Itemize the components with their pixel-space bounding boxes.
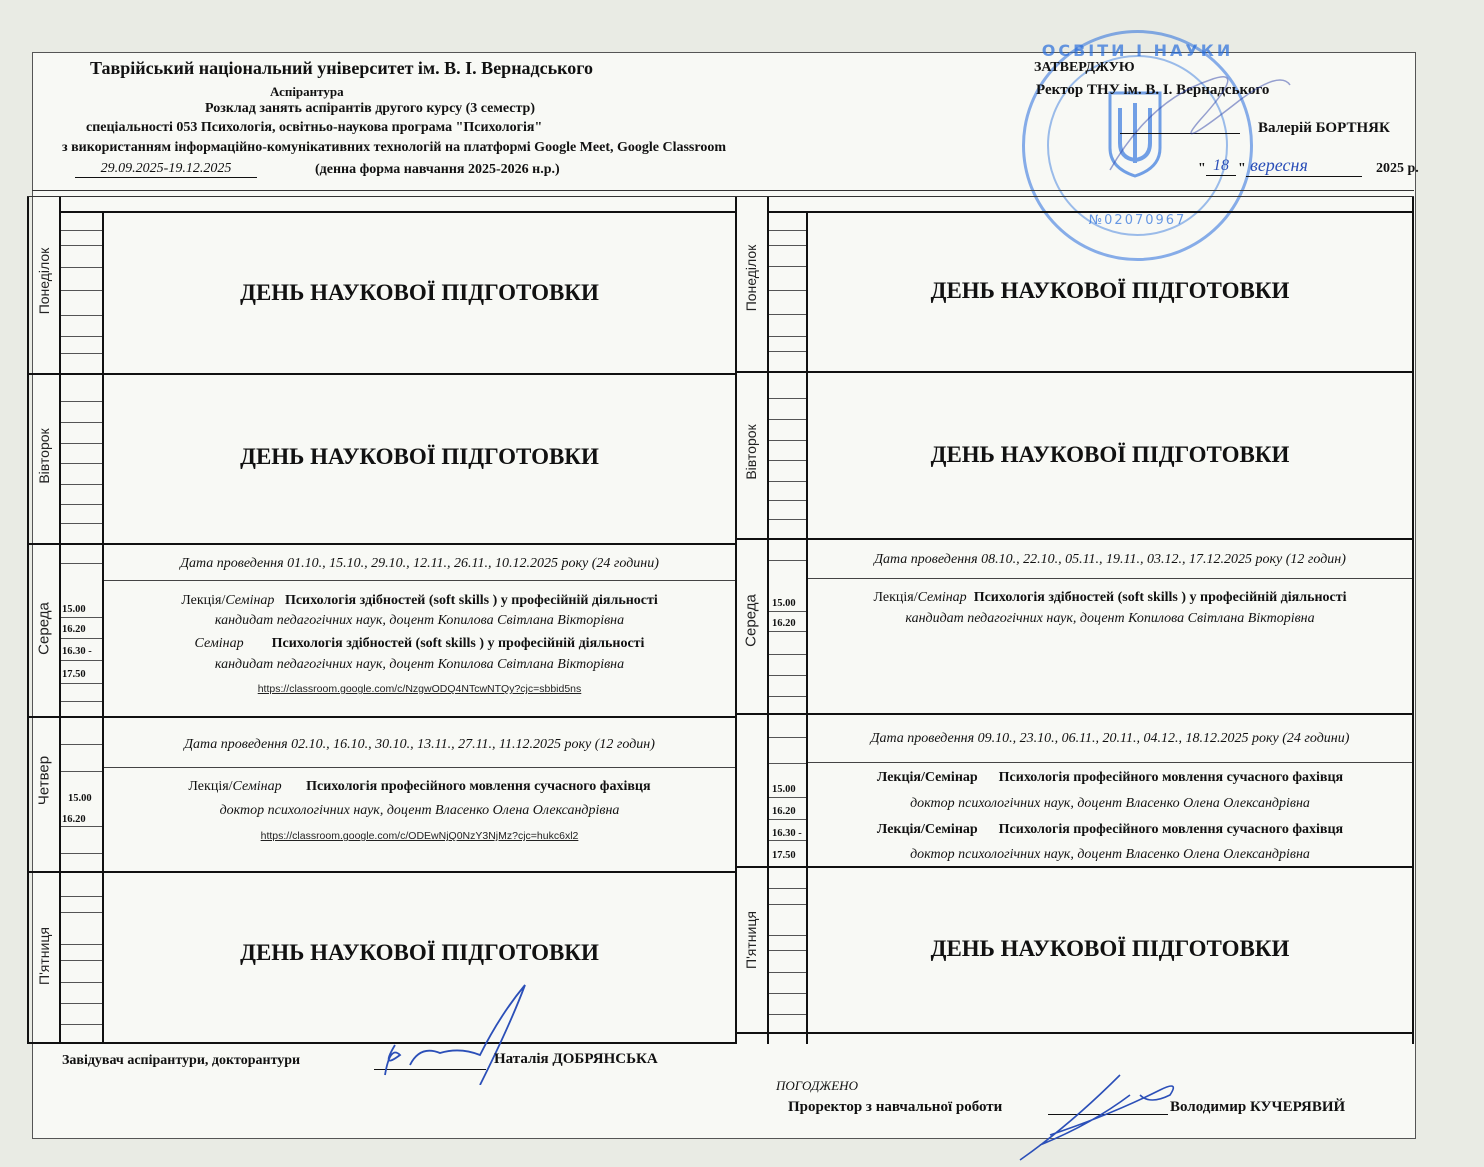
subject-name: Психологія здібностей (soft skills ) у п… xyxy=(272,636,645,651)
class-entry: Семінар Психологія здібностей (soft skil… xyxy=(104,636,735,652)
time-start: 16.30 - xyxy=(62,646,92,657)
day-label-thursday: Четвер xyxy=(36,731,53,831)
head-of-postgraduate-label: Завідувач аспірантури, докторантури xyxy=(62,1053,300,1069)
class-type: Семінар xyxy=(225,593,274,608)
day-label-monday: Понеділок xyxy=(743,228,759,328)
class-type: Лекція/Семінар xyxy=(877,822,978,837)
class-type: Семінар xyxy=(233,779,282,794)
stamp-number: №02070967 xyxy=(1025,213,1250,228)
specialty: спеціальності 053 Психологія, освітньо-н… xyxy=(86,120,542,136)
day-label-tuesday: Вівторок xyxy=(743,402,759,502)
schedule-title: Розклад занять аспірантів другого курсу … xyxy=(205,101,535,117)
day-label-wednesday: Середа xyxy=(36,579,53,679)
teacher-name: доктор психологічних наук, доцент Власен… xyxy=(104,803,735,819)
time-start: 15.00 xyxy=(68,793,92,804)
time-start: 15.00 xyxy=(62,604,86,615)
class-entry: Лекція/Семінар Психологія здібностей (so… xyxy=(808,590,1412,606)
time-end: 17.50 xyxy=(772,850,796,861)
time-end: 16.20 xyxy=(772,806,796,817)
class-type: Лекція/Семінар xyxy=(877,770,978,785)
approval-month: вересня xyxy=(1246,155,1362,177)
science-day-monday-left: ДЕНЬ НАУКОВОЇ ПІДГОТОВКИ xyxy=(104,280,735,306)
subject-name: Психологія професійного мовлення сучасно… xyxy=(999,822,1343,837)
class-dates: Дата проведення 09.10., 23.10., 06.11., … xyxy=(808,731,1412,747)
period: 29.09.2025-19.12.2025 xyxy=(75,161,257,178)
time-start: 15.00 xyxy=(772,598,796,609)
time-end: 17.50 xyxy=(62,669,86,680)
department: Аспірантура xyxy=(270,84,344,100)
science-day-friday-left: ДЕНЬ НАУКОВОЇ ПІДГОТОВКИ xyxy=(104,940,735,966)
time-end: 16.20 xyxy=(772,618,796,629)
agreed-label: ПОГОДЖЕНО xyxy=(776,1078,858,1094)
university-name: Таврійський національний університет ім.… xyxy=(90,58,593,79)
time-end: 16.20 xyxy=(62,624,86,635)
subject-name: Психологія здібностей (soft skills ) у п… xyxy=(974,590,1347,605)
classroom-link[interactable]: https://classroom.google.com/c/NzgwODQ4N… xyxy=(258,683,582,695)
science-day-tuesday-right: ДЕНЬ НАУКОВОЇ ПІДГОТОВКИ xyxy=(808,442,1412,468)
class-entry: Лекція/Семінар Психологія професійного м… xyxy=(808,770,1412,786)
teacher-name: кандидат педагогічних наук, доцент Копил… xyxy=(104,613,735,629)
day-label-friday: П'ятниця xyxy=(36,906,52,1006)
science-day-monday-right: ДЕНЬ НАУКОВОЇ ПІДГОТОВКИ xyxy=(808,278,1412,304)
time-start: 15.00 xyxy=(772,784,796,795)
vice-rector-name: Володимир КУЧЕРЯВИЙ xyxy=(1170,1099,1345,1116)
approval-day: 18 xyxy=(1206,157,1236,176)
classroom-link[interactable]: https://classroom.google.com/c/ODEwNjQ0N… xyxy=(261,830,579,842)
class-type: Лекція/ xyxy=(873,590,917,605)
science-day-friday-right: ДЕНЬ НАУКОВОЇ ПІДГОТОВКИ xyxy=(808,936,1412,962)
study-form: (денна форма навчання 2025-2026 н.р.) xyxy=(315,162,560,178)
time-start: 16.30 - xyxy=(772,828,802,839)
class-type: Семінар xyxy=(918,590,967,605)
class-entry: Лекція/Семінар Психологія професійного м… xyxy=(104,779,735,795)
teacher-name: кандидат педагогічних наук, доцент Копил… xyxy=(808,611,1412,627)
class-type: Семінар xyxy=(195,636,244,651)
class-dates: Дата проведення 01.10., 15.10., 29.10., … xyxy=(104,556,735,572)
vice-rector-label: Проректор з навчальної роботи xyxy=(788,1099,1002,1116)
teacher-name: доктор психологічних наук, доцент Власен… xyxy=(808,796,1412,812)
head-name: Наталія ДОБРЯНСЬКА xyxy=(494,1051,658,1068)
day-label-wednesday: Середа xyxy=(743,571,760,671)
approval-year: 2025 р. xyxy=(1376,161,1419,177)
stamp-text: ОСВІТИ І НАУКИ xyxy=(1025,41,1250,60)
day-label-friday: П'ятниця xyxy=(743,890,759,990)
day-label-monday: Понеділок xyxy=(36,231,52,331)
platform-info: з використанням інформаційно-комунікатив… xyxy=(62,140,726,156)
science-day-tuesday-left: ДЕНЬ НАУКОВОЇ ПІДГОТОВКИ xyxy=(104,444,735,470)
head-signature-icon xyxy=(360,975,540,1085)
teacher-name: кандидат педагогічних наук, доцент Копил… xyxy=(104,657,735,673)
class-entry: Лекція/Семінар Психологія здібностей (so… xyxy=(104,593,735,609)
teacher-name: доктор психологічних наук, доцент Власен… xyxy=(808,847,1412,863)
class-dates: Дата проведення 08.10., 22.10., 05.11., … xyxy=(808,552,1412,568)
subject-name: Психологія професійного мовлення сучасно… xyxy=(306,779,650,794)
day-label-tuesday: Вівторок xyxy=(36,406,52,506)
class-type: Лекція/ xyxy=(188,779,232,794)
time-end: 16.20 xyxy=(62,814,86,825)
class-entry: Лекція/Семінар Психологія професійного м… xyxy=(808,822,1412,838)
subject-name: Психологія здібностей (soft skills ) у п… xyxy=(285,593,658,608)
class-type: Лекція/ xyxy=(181,593,225,608)
class-dates: Дата проведення 02.10., 16.10., 30.10., … xyxy=(104,737,735,753)
subject-name: Психологія професійного мовлення сучасно… xyxy=(999,770,1343,785)
